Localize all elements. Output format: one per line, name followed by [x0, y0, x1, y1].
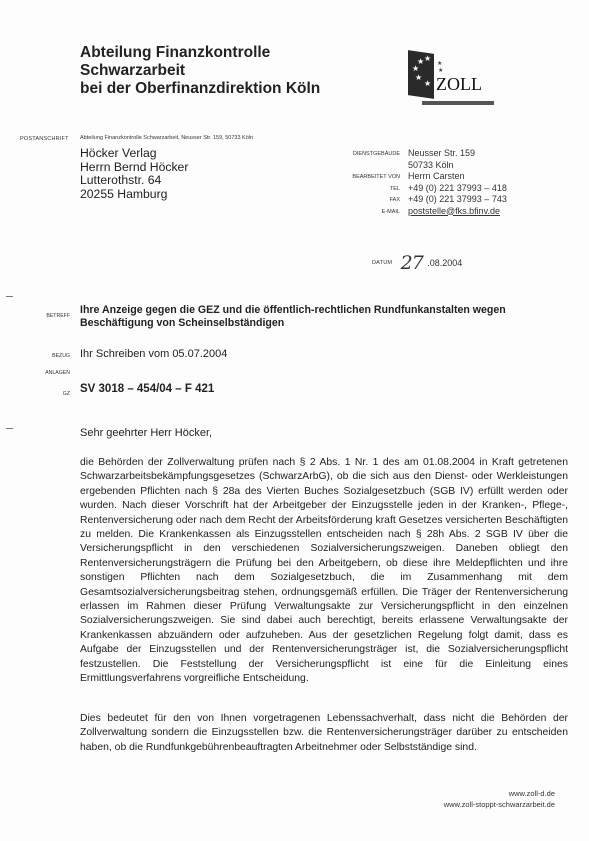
- fax-label: Fax: [320, 194, 408, 206]
- email-link[interactable]: poststelle@fks.bfinv.de: [408, 206, 500, 218]
- bearbeitet-von-value: Herrn Carsten: [408, 171, 465, 183]
- star-icon: ★: [424, 55, 431, 63]
- contact-row-fax: Fax +49 (0) 221 37993 – 743: [320, 194, 507, 206]
- contact-row-tel: Tel +49 (0) 221 37993 – 418: [320, 183, 507, 195]
- footer-link-schwarzarbeit[interactable]: www.zoll-stoppt-schwarzarbeit.de: [400, 800, 555, 811]
- org-line-1: Abteilung Finanzkontrolle: [80, 44, 320, 62]
- body-paragraph: Dies bedeutet für den von Ihnen vorgetra…: [80, 712, 568, 755]
- contact-block: Dienstgebäude Neusser Str. 159 50733 Köl…: [320, 148, 507, 217]
- zoll-logo: ★ ★ ★ ★ ★ ★ ★ ZOLL: [408, 52, 498, 110]
- salutation: Sehr geehrter Herr Höcker,: [80, 427, 212, 439]
- contact-row-email: E-Mail poststelle@fks.bfinv.de: [320, 206, 507, 218]
- dienstgebaeude-label: Dienstgebäude: [320, 148, 408, 160]
- contact-row-dienstgebaeude: Dienstgebäude Neusser Str. 159: [320, 148, 507, 160]
- postanschrift-label: Postanschrift: [20, 136, 69, 142]
- star-icon: ★: [412, 65, 419, 73]
- logo-text: ZOLL: [436, 74, 482, 95]
- date-label: Datum: [372, 260, 392, 266]
- file-number: SV 3018 – 454/04 – F 421: [80, 383, 214, 395]
- anlagen-label: Anlagen: [10, 370, 70, 376]
- dienstgebaeude-city: 50733 Köln: [408, 160, 454, 172]
- star-icon: ★: [424, 80, 431, 88]
- recipient-address: Höcker Verlag Herrn Bernd Höcker Luttero…: [80, 147, 188, 201]
- return-address: Abteilung Finanzkontrolle Schwarzarbeit,…: [80, 135, 253, 141]
- logo-bar: [422, 101, 494, 105]
- body-paragraph: die Behörden der Zollverwaltung prüfen n…: [80, 456, 568, 687]
- org-line-2: Schwarzarbeit: [80, 62, 320, 80]
- email-label: E-Mail: [320, 206, 408, 218]
- betreff-label: Betreff: [10, 313, 70, 319]
- dienstgebaeude-street: Neusser Str. 159: [408, 148, 475, 160]
- recipient-line: Herrn Bernd Höcker: [80, 161, 188, 175]
- fold-mark: [6, 296, 13, 297]
- contact-row-city: 50733 Köln: [320, 160, 507, 172]
- fax-value: +49 (0) 221 37993 – 743: [408, 194, 507, 206]
- date-value: .08.2004: [427, 258, 462, 268]
- tel-value: +49 (0) 221 37993 – 418: [408, 183, 507, 195]
- reference-text: Ihr Schreiben vom 05.07.2004: [80, 348, 227, 360]
- handwritten-day: 27: [401, 252, 423, 274]
- star-icon: ★: [415, 74, 422, 82]
- footer-links: www.zoll-d.de www.zoll-stoppt-schwarzarb…: [400, 789, 555, 810]
- recipient-line: Lutterothstr. 64: [80, 174, 188, 188]
- subject-line: Ihre Anzeige gegen die GEZ und die öffen…: [80, 304, 570, 329]
- recipient-line: Höcker Verlag: [80, 147, 188, 161]
- organization-title: Abteilung Finanzkontrolle Schwarzarbeit …: [80, 44, 320, 98]
- tel-label: Tel: [320, 183, 408, 195]
- gz-label: GZ: [10, 391, 70, 397]
- org-line-3: bei der Oberfinanzdirektion Köln: [80, 80, 320, 98]
- date-line: Datum 27 .08.2004: [372, 252, 462, 274]
- footer-link-zoll[interactable]: www.zoll-d.de: [400, 789, 555, 800]
- bearbeitet-von-label: Bearbeitet von: [320, 171, 408, 183]
- contact-row-bearbeitet: Bearbeitet von Herrn Carsten: [320, 171, 507, 183]
- punch-mark: [6, 428, 13, 429]
- bezug-label: Bezug: [10, 353, 70, 359]
- recipient-line: 20255 Hamburg: [80, 188, 188, 202]
